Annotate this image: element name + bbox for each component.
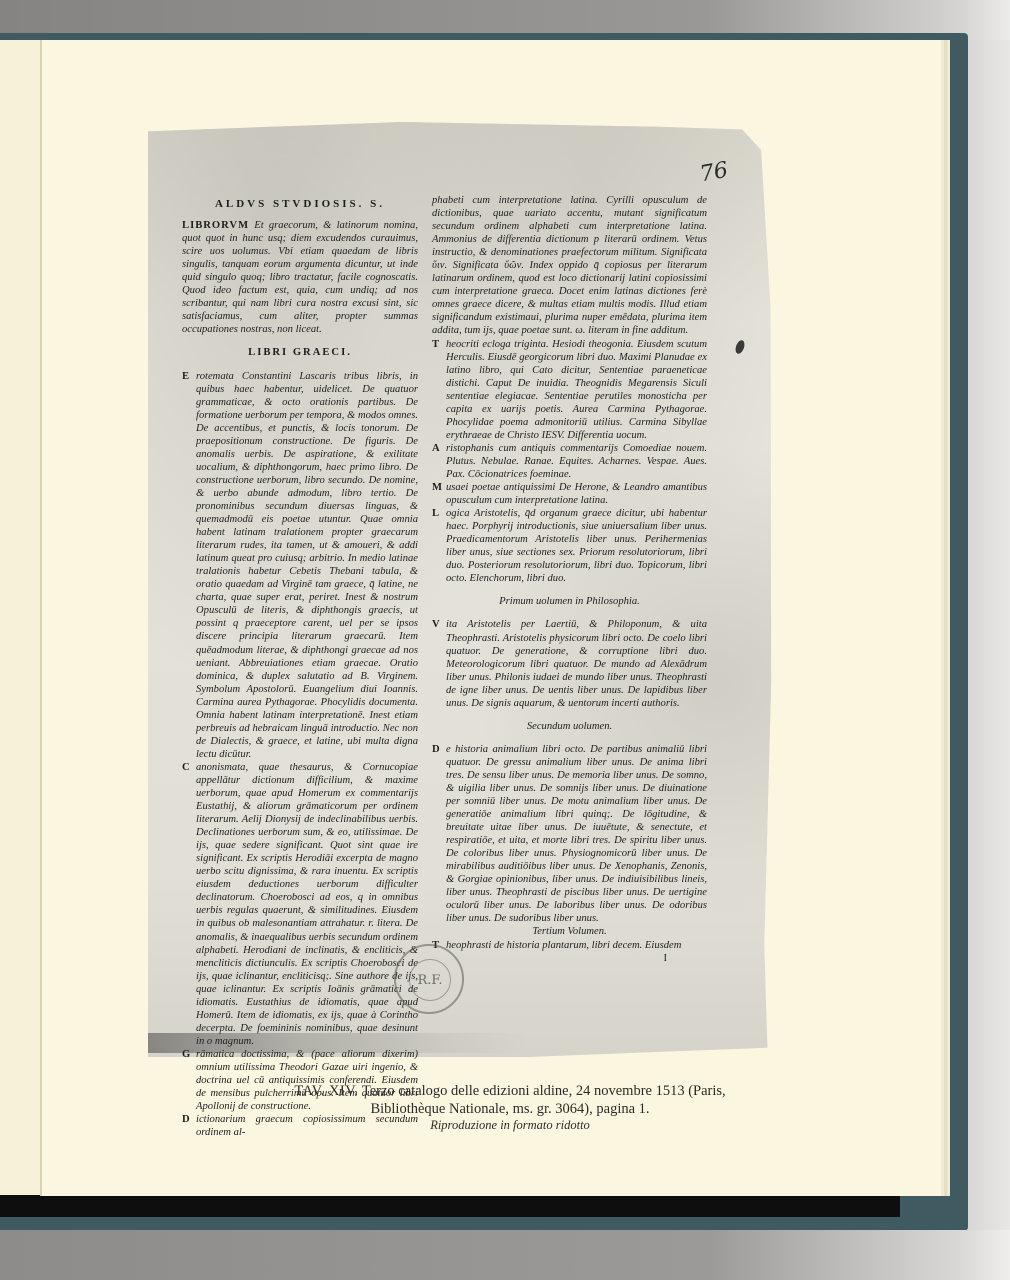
- library-stamp: R.F.: [394, 944, 464, 1014]
- entry-text: heophrasti de historia plantarum, libri …: [446, 940, 681, 951]
- section-title-libri-graeci: LIBRI GRAECI.: [182, 346, 418, 359]
- catalog-entry: V ita Aristotelis per Laertiū, & Philopo…: [432, 618, 707, 709]
- section-title-primum-volumen: Primum uolumen in Philosophia.: [432, 595, 707, 608]
- plate-caption: TAV. XIV. Terzo catalogo delle edizioni …: [240, 1082, 780, 1133]
- section-title-tertium-volumen: Tertium Volumen.: [432, 925, 707, 938]
- entry-initial: D: [432, 743, 440, 756]
- entry-text: anonismata, quae thesaurus, & Cornucopia…: [196, 762, 418, 1047]
- intro-lead: LIBRORVM: [182, 220, 249, 231]
- book-bottom-shadow: [0, 1195, 900, 1217]
- entry-text: usaei poetae antiquissimi De Herone, & L…: [446, 482, 707, 506]
- entry-initial: A: [432, 442, 440, 455]
- caption-note: Riproduzione in formato ridotto: [240, 1118, 780, 1133]
- facsimile-left-column: ALDVS STVDIOSIS. S. LIBRORVM Et graecoru…: [182, 198, 418, 1139]
- catalog-entry: L ogica Aristotelis, q̄d organum graece …: [432, 507, 707, 585]
- entry-initial: C: [182, 761, 190, 774]
- entry-initial: L: [432, 507, 439, 520]
- entry-text: ogica Aristotelis, q̄d organum graece di…: [446, 508, 707, 584]
- intro-text: Et graecorum, & latinorum nomina, quot q…: [182, 220, 418, 335]
- catalog-entry: D e historia animalium libri octo. De pa…: [432, 743, 707, 926]
- catalog-entry: T heophrasti de historia plantarum, libr…: [432, 939, 707, 952]
- background-bottom: [0, 1230, 1010, 1280]
- book-gutter: [40, 40, 42, 1196]
- caption-line-1: TAV. XIV. Terzo catalogo delle edizioni …: [240, 1082, 780, 1100]
- entry-initial: E: [182, 370, 189, 383]
- entry-text: e historia animalium libri octo. De part…: [446, 744, 707, 925]
- entry-text: ristophanis cum antiquis commentarijs Co…: [446, 443, 707, 480]
- entry-initial: M: [432, 481, 442, 494]
- entry-text: heocriti ecloga triginta. Hesiodi theogo…: [446, 339, 707, 441]
- entry-initial: G: [182, 1048, 190, 1061]
- plate-number: TAV. XIV.: [294, 1083, 358, 1099]
- catalog-entry: E rotemata Constantini Lascaris tribus l…: [182, 370, 418, 761]
- signature-mark: I: [432, 952, 707, 965]
- intro-paragraph: LIBRORVM Et graecorum, & latinorum nomin…: [182, 219, 418, 336]
- catalog-entry: T heocriti ecloga triginta. Hesiodi theo…: [432, 338, 707, 442]
- folio-number: 76: [698, 158, 730, 187]
- catalog-entry-continued: phabeti cum interpretatione latina. Cyri…: [432, 194, 707, 338]
- entry-initial: D: [182, 1113, 190, 1126]
- stamp-monogram: R.F.: [409, 959, 451, 1001]
- entry-text: phabeti cum interpretatione latina. Cyri…: [432, 195, 707, 336]
- catalog-entry: C anonismata, quae thesaurus, & Cornucop…: [182, 761, 418, 1048]
- entry-initial: V: [432, 618, 440, 631]
- entry-text: rotemata Constantini Lascaris tribus lib…: [196, 371, 418, 760]
- facsimile-right-column: phabeti cum interpretatione latina. Cyri…: [432, 194, 707, 965]
- facsimile-heading: ALDVS STVDIOSIS. S.: [182, 198, 418, 211]
- catalog-entry: A ristophanis cum antiquis commentarijs …: [432, 442, 707, 481]
- entry-initial: T: [432, 338, 439, 351]
- caption-text-1: Terzo catalogo delle edizioni aldine, 24…: [362, 1083, 726, 1099]
- section-title-secundum-volumen: Secundum uolumen.: [432, 720, 707, 733]
- catalog-entry: M usaei poetae antiquissimi De Herone, &…: [432, 481, 707, 507]
- left-page-edge: [0, 40, 41, 1195]
- entry-text: ita Aristotelis per Laertiū, & Philoponu…: [446, 619, 707, 708]
- caption-line-2: Bibliothèque Nationale, ms. gr. 3064), p…: [240, 1100, 780, 1118]
